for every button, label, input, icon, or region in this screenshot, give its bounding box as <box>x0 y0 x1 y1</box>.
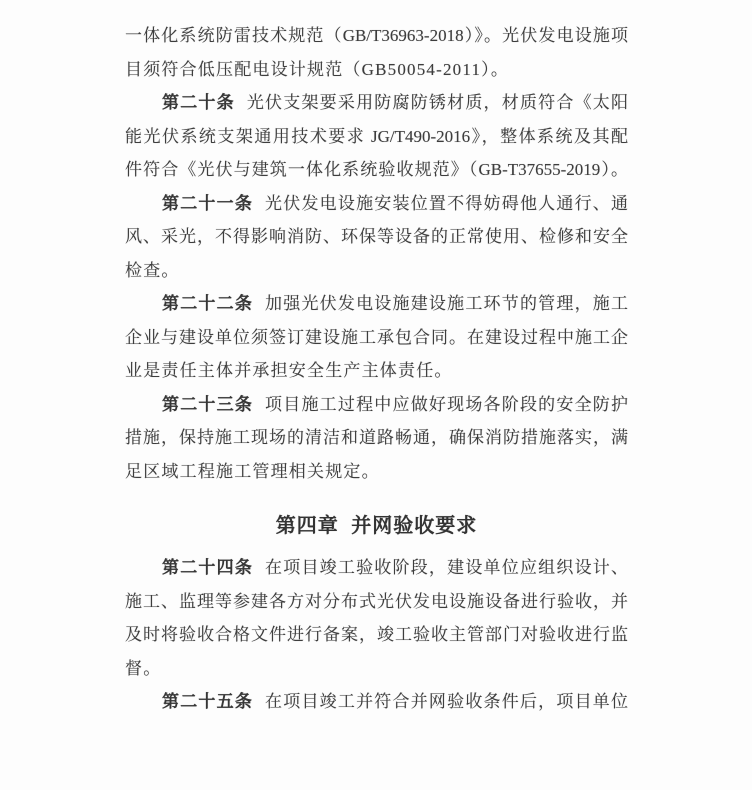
clause-number: 第二十一条 <box>162 194 253 213</box>
paragraph-line: 第二十一条光伏发电设施安装位置不得妨碍他人通行、通 <box>125 187 628 221</box>
paragraph-line: 第二十条光伏支架要采用防腐防锈材质，材质符合《太阳 <box>125 86 628 120</box>
paragraph-line: 措施，保持施工现场的清洁和道路畅通，确保消防措施落实，满 <box>125 421 628 455</box>
paragraph-line: 能光伏系统支架通用技术要求 JG/T490-2016》，整体系统及其配 <box>125 120 628 154</box>
document-text-column: 一体化系统防雷技术规范（GB/T36963-2018）》。光伏发电设施项目须符合… <box>0 0 752 719</box>
clause-number: 第二十五条 <box>162 692 253 711</box>
document-page: 一体化系统防雷技术规范（GB/T36963-2018）》。光伏发电设施项目须符合… <box>0 0 752 790</box>
paragraph-line: 足区域工程施工管理相关规定。 <box>125 455 628 489</box>
clause-number: 第二十条 <box>162 93 235 112</box>
paragraph-line: 件符合《光伏与建筑一体化系统验收规范》（GB-T37655-2019）。 <box>125 153 628 187</box>
clause-number: 第二十四条 <box>162 558 253 577</box>
paragraph-line: 检查。 <box>125 254 628 288</box>
paragraph-line: 目须符合低压配电设计规范（GB50054-2011）。 <box>125 53 628 87</box>
paragraph-line: 第二十五条在项目竣工并符合并网验收条件后，项目单位 <box>125 685 628 719</box>
paragraph-line: 督。 <box>125 652 628 686</box>
paragraph-line: 施工、监理等参建各方对分布式光伏发电设施设备进行验收，并 <box>125 585 628 619</box>
paragraph-line: 第二十三条项目施工过程中应做好现场各阶段的安全防护 <box>125 388 628 422</box>
paragraph-line: 风、采光，不得影响消防、环保等设备的正常使用、检修和安全 <box>125 220 628 254</box>
clause-number: 第二十二条 <box>162 294 253 313</box>
paragraph-line: 业是责任主体并承担安全生产主体责任。 <box>125 354 628 388</box>
paragraph-line: 第二十二条加强光伏发电设施建设施工环节的管理，施工 <box>125 287 628 321</box>
clause-number: 第二十三条 <box>162 395 253 414</box>
chapter-heading: 第四章 并网验收要求 <box>125 510 628 543</box>
paragraph-line: 及时将验收合格文件进行备案，竣工验收主管部门对验收进行监 <box>125 618 628 652</box>
paragraph-line: 企业与建设单位须签订建设施工承包合同。在建设过程中施工企 <box>125 321 628 355</box>
paragraph-line: 第二十四条在项目竣工验收阶段，建设单位应组织设计、 <box>125 551 628 585</box>
paragraph-line: 一体化系统防雷技术规范（GB/T36963-2018）》。光伏发电设施项 <box>125 19 628 53</box>
